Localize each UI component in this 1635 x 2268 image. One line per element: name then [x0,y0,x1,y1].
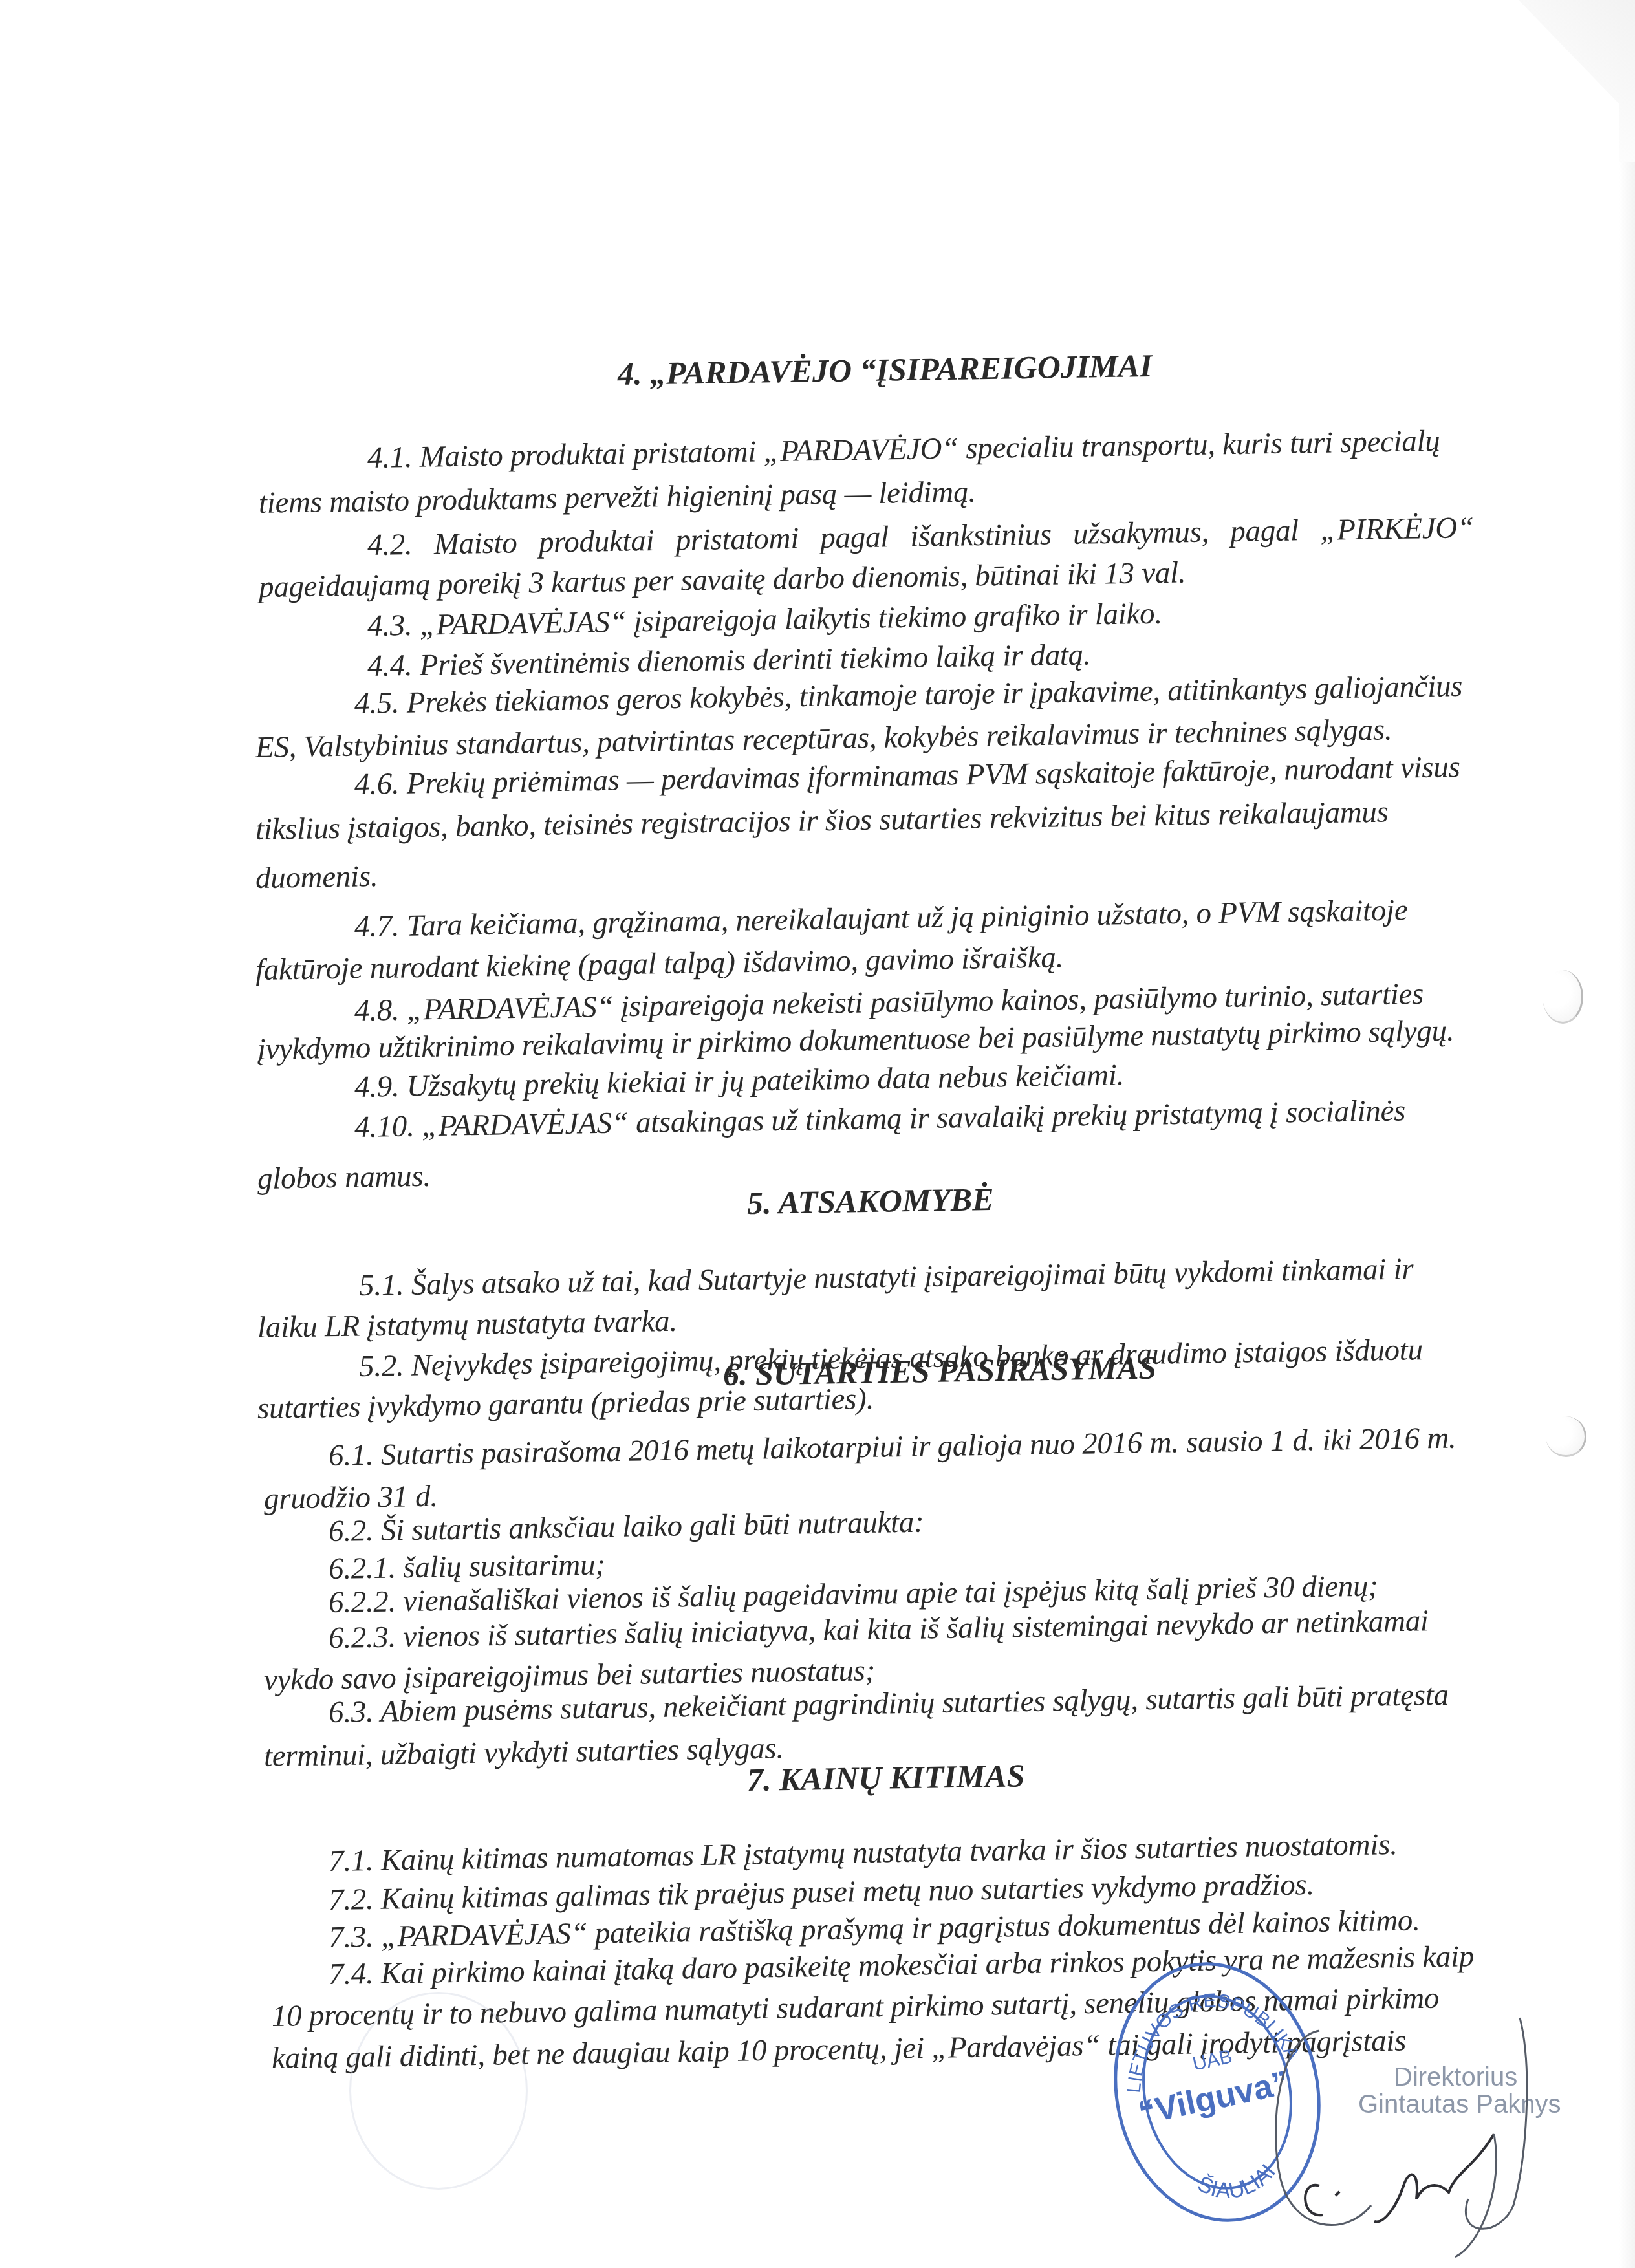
paragraph-line: tikslius įstaigos, banko, teisinės regis… [255,794,1389,848]
punch-hole [1543,970,1583,1024]
paragraph-line: 4.7. Tara keičiama, grąžinama, nereikala… [354,892,1408,945]
paragraph-line: 6.1. Sutartis pasirašoma 2016 metų laiko… [329,1420,1456,1474]
document-page: 4. „PARDAVĖJO “ĮSIPAREIGOJIMAI 4.1. Mais… [0,0,1635,2268]
section-heading: 6. SUTARTIES PASIRAŠYMAS [723,1348,1157,1394]
svg-text:UAB: UAB [1191,2046,1234,2075]
paragraph-line: laiku LR įstatymų nustatyta tvarka. [257,1303,678,1346]
paragraph-line: faktūroje nurodant kiekinę (pagal talpą)… [255,939,1064,988]
paragraph-line: terminui, užbaigti vykdyti sutarties sąl… [264,1730,784,1775]
paragraph-line: duomenis. [255,858,378,896]
paragraph-line: gruodžio 31 d. [264,1478,439,1517]
section-heading: 7. KAINŲ KITIMAS [747,1756,1025,1799]
paragraph-line: 4.1. Maisto produktai pristatomi „PARDAV… [367,420,1600,476]
punch-hole [1546,1416,1586,1457]
handwritten-signature [1261,1992,1585,2263]
folded-corner [1441,0,1635,168]
paragraph-line: globos namus. [257,1158,431,1197]
section-heading: 5. ATSAKOMYBĖ [747,1180,994,1222]
faint-stamp-impression [349,1992,528,2190]
page-edge-shadow [1619,162,1635,2268]
line-text: 4.2. Maisto produktai pristatomi pagal i… [367,510,1475,563]
paragraph-line: tiems maisto produktams pervežti higieni… [259,474,977,521]
line-text: 4.1. Maisto produktai pristatomi „PARDAV… [367,423,1440,476]
paragraph-line: 5.1. Šalys atsako už tai, kad Sutartyje … [359,1251,1414,1304]
section-heading: 4. „PARDAVĖJO “ĮSIPAREIGOJIMAI [618,346,1153,393]
